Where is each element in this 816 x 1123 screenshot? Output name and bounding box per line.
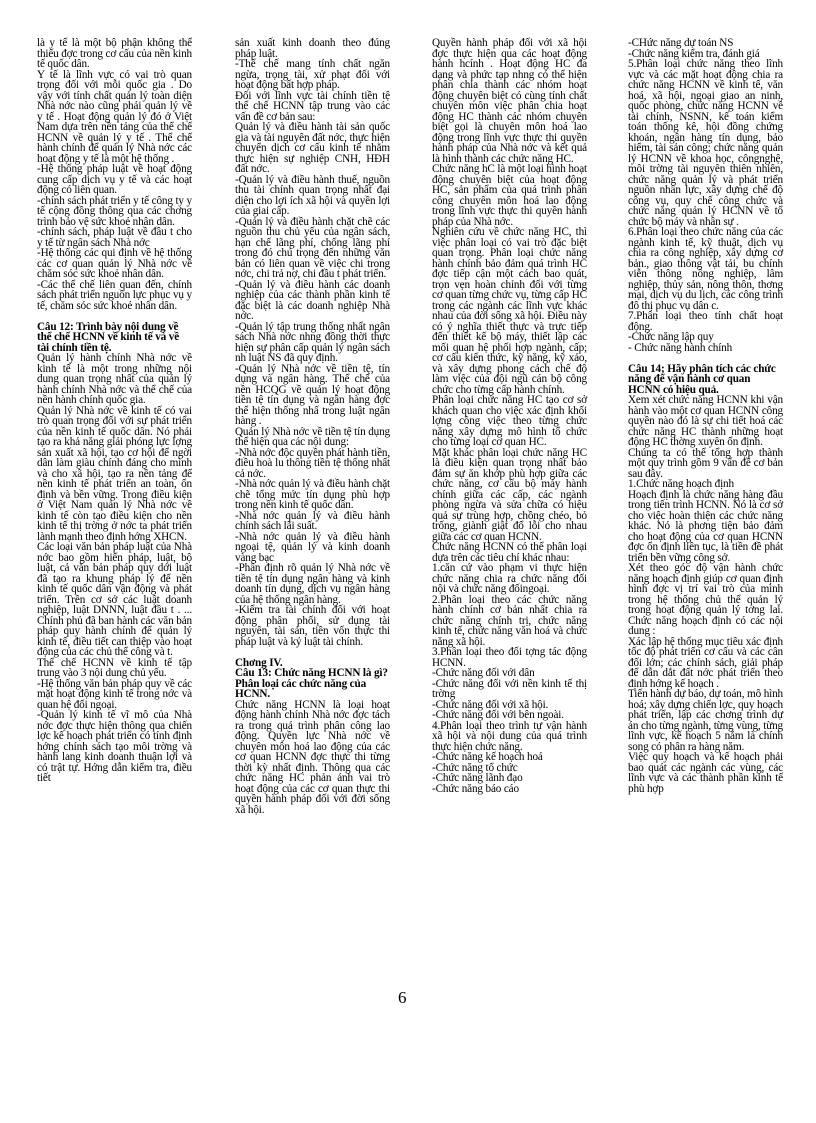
paragraph: Xem xét chức năng HCNN khi vận hành vào … [628,395,783,448]
paragraph: -chính sách phát triển y tế công ty y tế… [37,196,192,228]
paragraph: -Hệ thống các qui định về hệ thống các c… [37,248,192,280]
paragraph: Tiến hành dự báo, dự toán, mô hình hoá; … [628,689,783,752]
paragraph: 1.Chức năng hoạch định [628,479,783,490]
paragraph: -Nhà nớc quản lý và điều hành chặt chẽ t… [235,479,390,511]
paragraph: -Quản lý và điều hành chặt chẽ các nguồn… [235,217,390,280]
paragraph: 7.Phân loại theo tính chất hoạt động. [628,311,783,332]
paragraph: Quản lý và điều hành tài sản quốc gia và… [235,122,390,175]
paragraph: 3.Phân loại theo đối tợng tác động HCNN. [432,647,587,668]
paragraph: -Nhà nớc quản lý và điều hành ngoại tệ, … [235,532,390,564]
paragraph: -Hệ thống văn bản pháp quy về các mặt ho… [37,679,192,711]
paragraph: -Quản lý Nhà nớc về tiền tệ, tín dụng và… [235,364,390,427]
paragraph: Xác lập hệ thống mục tiêu xác định tốc đ… [628,637,783,690]
paragraph: -Chức năng lập quy [628,332,783,343]
paragraph: -CHức năng dự toán NS [628,38,783,49]
paragraph: 2.Phân loại theo các chức năng hành chín… [432,595,587,648]
paragraph: -Các thể chế liên quan đến, chính sách p… [37,280,192,312]
paragraph: -Quản lý kinh tế vĩ mô của Nhà nớc đợc t… [37,710,192,784]
paragraph: Hoạch định là chức năng hàng đầu trong t… [628,490,783,564]
paragraph: -Phân định rõ quản lý Nhà nớc về tiền tệ… [235,563,390,605]
section-heading: Câu 13: Chức năng HCNN là gì? Phân loại … [235,668,390,700]
spacer [628,353,783,364]
paragraph: là y tế là một bộ phận không thể thiếu đ… [37,38,192,70]
paragraph: Quản lý Nhà nớc về tiền tệ tín dụng thể … [235,427,390,448]
paragraph: -Quản lý và điều hành thuế, nguồn thu tà… [235,175,390,217]
paragraph: -Kiểm tra tài chính đối với hoạt động ph… [235,605,390,647]
paragraph: -Chức năng đối với bên ngoài. [432,710,587,721]
paragraph: -Chức năng đối với dân [432,668,587,679]
text-column-3: Quyền hành pháp đối với xã hội đợc thực … [432,38,587,794]
paragraph: Việc quy hoạch và kế hoạch phải bao quát… [628,752,783,794]
paragraph: -Chức năng đối với nền kinh tế thị trờng [432,679,587,700]
paragraph: -Chức năng kế hoạch hoá [432,752,587,763]
text-column-1: là y tế là một bộ phận không thể thiếu đ… [37,38,192,784]
paragraph: sản xuất kinh doanh theo đúng pháp luật. [235,38,390,59]
paragraph: 6.Phân loại theo chức năng của các ngành… [628,227,783,311]
section-heading: Câu 14; Hãy phân tích các chức năng để v… [628,364,783,396]
paragraph: 5.Phân loại chức năng theo lĩnh vực và c… [628,59,783,227]
paragraph: Quyền hành pháp đối với xã hội đợc thực … [432,38,587,164]
paragraph: -Quản lý tập trung thống nhất ngân sách … [235,322,390,364]
paragraph: Nghiên cứu về chức năng HC, thì việc phâ… [432,227,587,395]
paragraph: Quản lý Nhà nớc về kinh tế có vai trò qu… [37,406,192,543]
page-number: 6 [398,988,407,1008]
paragraph: Chức năng HCNN là loại hoạt động hành ch… [235,700,390,816]
section-heading: Câu 12: Trình bày nội dung về thể chế HC… [37,322,192,354]
paragraph: Các loại văn bản pháp luật của Nhà nớc b… [37,542,192,658]
paragraph: Chúng ta có thể tổng hợp thành một quy t… [628,448,783,480]
paragraph: - Chức năng hành chính [628,343,783,354]
paragraph: 1.căn cứ vào phạm vi thực hiện chức năng… [432,563,587,595]
paragraph: Mặt khác phân loại chức năng HC là điều … [432,448,587,543]
text-column-4: -CHức năng dự toán NS-Chức năng kiểm tra… [628,38,783,794]
paragraph: Chức năng HCNN có thể phân loại dựa trên… [432,542,587,563]
paragraph: -Nhà nớc quản lý và điều hành chính sách… [235,511,390,532]
paragraph: -Nhà nớc độc quyền phát hành tiền, điều … [235,448,390,480]
spacer [37,311,192,322]
paragraph: -Thể chế mang tính chất ngăn ngừa, trọng… [235,59,390,91]
paragraph: 4.Phân loại theo trình tự vận hành xã hộ… [432,721,587,753]
paragraph: -Quản lý và điều hành các doanh nghiệp c… [235,280,390,322]
paragraph: Thể chế HCNN về kinh tế tập trung vào 3 … [37,658,192,679]
paragraph: Xét theo góc độ vận hành chức năng hoạch… [628,563,783,637]
paragraph: Quản lý hành chính Nhà nớc về kinh tế là… [37,353,192,406]
paragraph: -Chức năng báo cáo [432,784,587,795]
paragraph: Đối với lĩnh vực tài chính tiền tệ thể c… [235,91,390,123]
spacer [235,647,390,658]
paragraph: -Chức năng lãnh đạo [432,773,587,784]
paragraph: -Hệ thống pháp luật về hoạt động cung cấ… [37,164,192,196]
paragraph: Phân loại chức năng HC tạo cơ sở khách q… [432,395,587,448]
text-column-2: sản xuất kinh doanh theo đúng pháp luật.… [235,38,390,815]
paragraph: -chính sách, pháp luật về đầu t cho y tế… [37,227,192,248]
paragraph: Chức năng hC là một loại hình hoạt động … [432,164,587,227]
paragraph: Y tế là lĩnh vực có vai trò quan trọng đ… [37,70,192,165]
